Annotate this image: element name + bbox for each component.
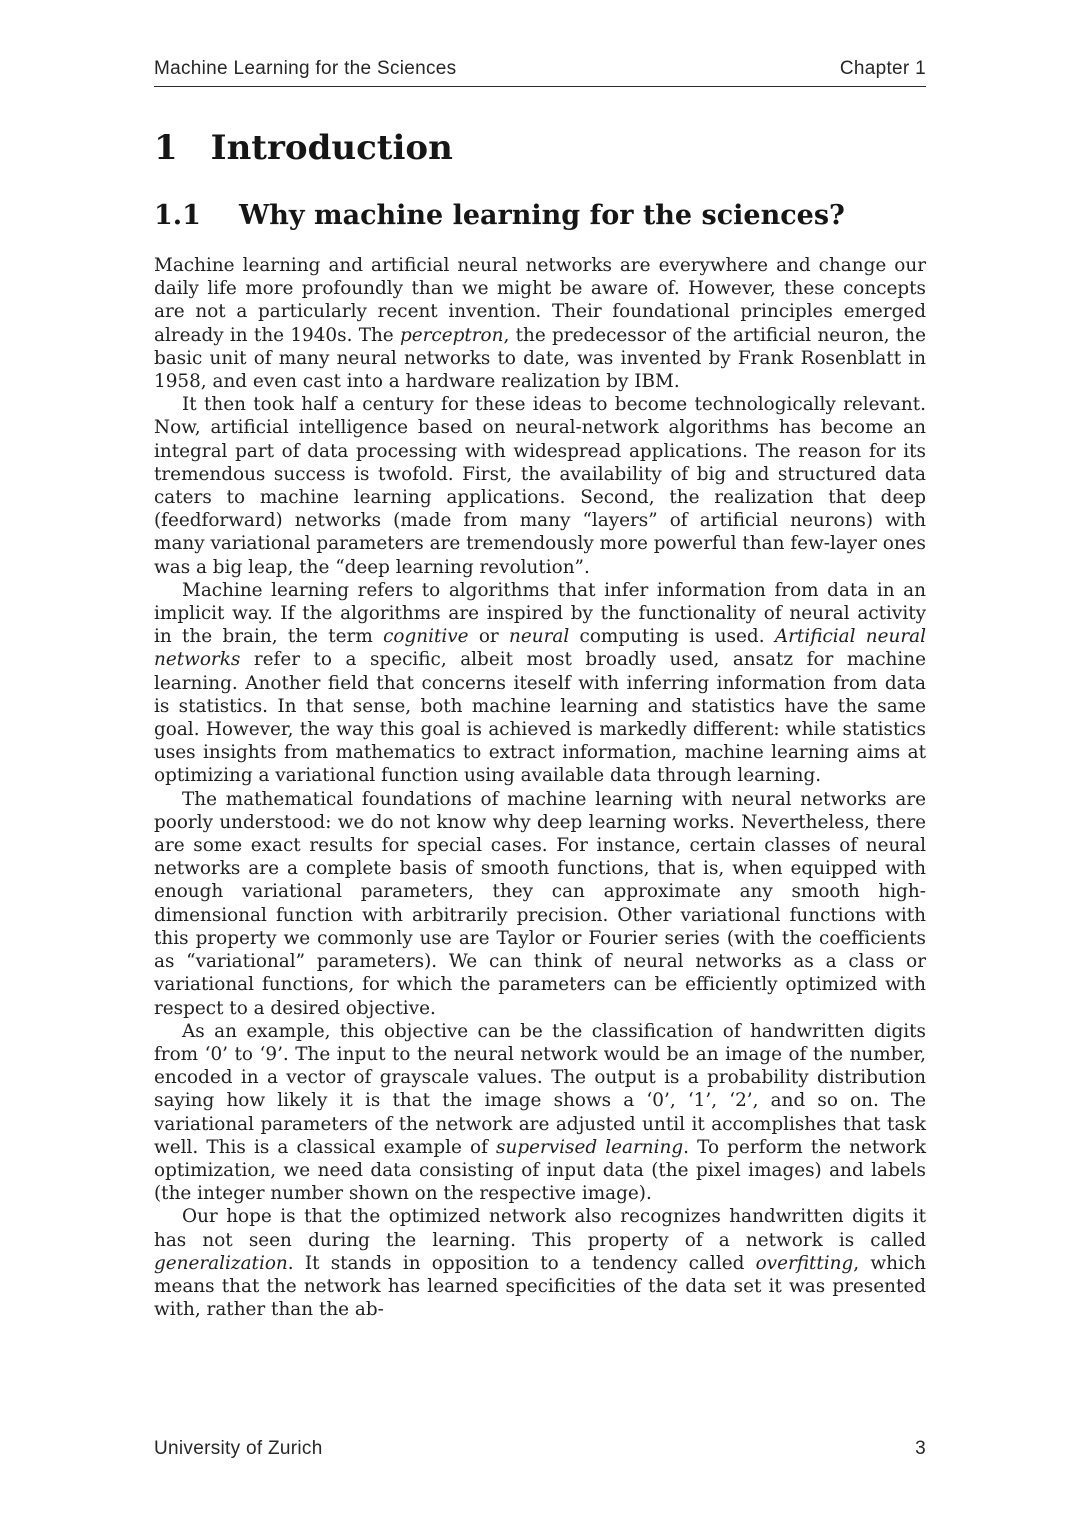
- footer-institution: University of Zurich: [154, 1438, 323, 1460]
- header-book-title: Machine Learning for the Sciences: [154, 58, 456, 80]
- text-run: . It stands in opposition to a tendency …: [288, 1253, 756, 1274]
- paragraph: As an example, this objective can be the…: [154, 1020, 926, 1206]
- subsection-title: Why machine learning for the sciences?: [239, 200, 845, 231]
- subsection-heading: 1.1Why machine learning for the sciences…: [154, 200, 926, 231]
- emphasized-text: generalization: [154, 1253, 288, 1274]
- emphasized-text: cognitive: [383, 626, 468, 647]
- text-run: It then took half a century for these id…: [154, 394, 926, 577]
- subsection-number: 1.1: [154, 200, 201, 231]
- text-run: Our hope is that the optimized network a…: [154, 1206, 926, 1250]
- text-run: The mathematical foundations of machine …: [154, 789, 926, 1019]
- paragraph: The mathematical foundations of machine …: [154, 788, 926, 1020]
- section-number: 1: [154, 129, 178, 167]
- running-footer: University of Zurich 3: [154, 1438, 926, 1460]
- emphasized-text: neural: [509, 626, 569, 647]
- emphasized-text: overfitting: [756, 1253, 854, 1274]
- header-chapter-label: Chapter 1: [840, 58, 926, 80]
- body-text: Machine learning and artificial neural n…: [154, 254, 926, 1321]
- text-run: refer to a specific, albeit most broadly…: [154, 649, 926, 786]
- paragraph: It then took half a century for these id…: [154, 393, 926, 579]
- emphasized-text: perceptron: [400, 325, 504, 346]
- footer-page-number: 3: [915, 1438, 926, 1460]
- section-heading: 1Introduction: [154, 129, 926, 167]
- text-run: or: [469, 626, 509, 647]
- document-page: Machine Learning for the Sciences Chapte…: [0, 0, 1080, 1527]
- emphasized-text: supervised learning: [496, 1137, 683, 1158]
- section-title: Introduction: [211, 128, 453, 168]
- paragraph: Our hope is that the optimized network a…: [154, 1205, 926, 1321]
- running-header: Machine Learning for the Sciences Chapte…: [154, 0, 926, 87]
- paragraph: Machine learning and artificial neural n…: [154, 254, 926, 393]
- paragraph: Machine learning refers to algorithms th…: [154, 579, 926, 788]
- text-run: computing is used.: [569, 626, 775, 647]
